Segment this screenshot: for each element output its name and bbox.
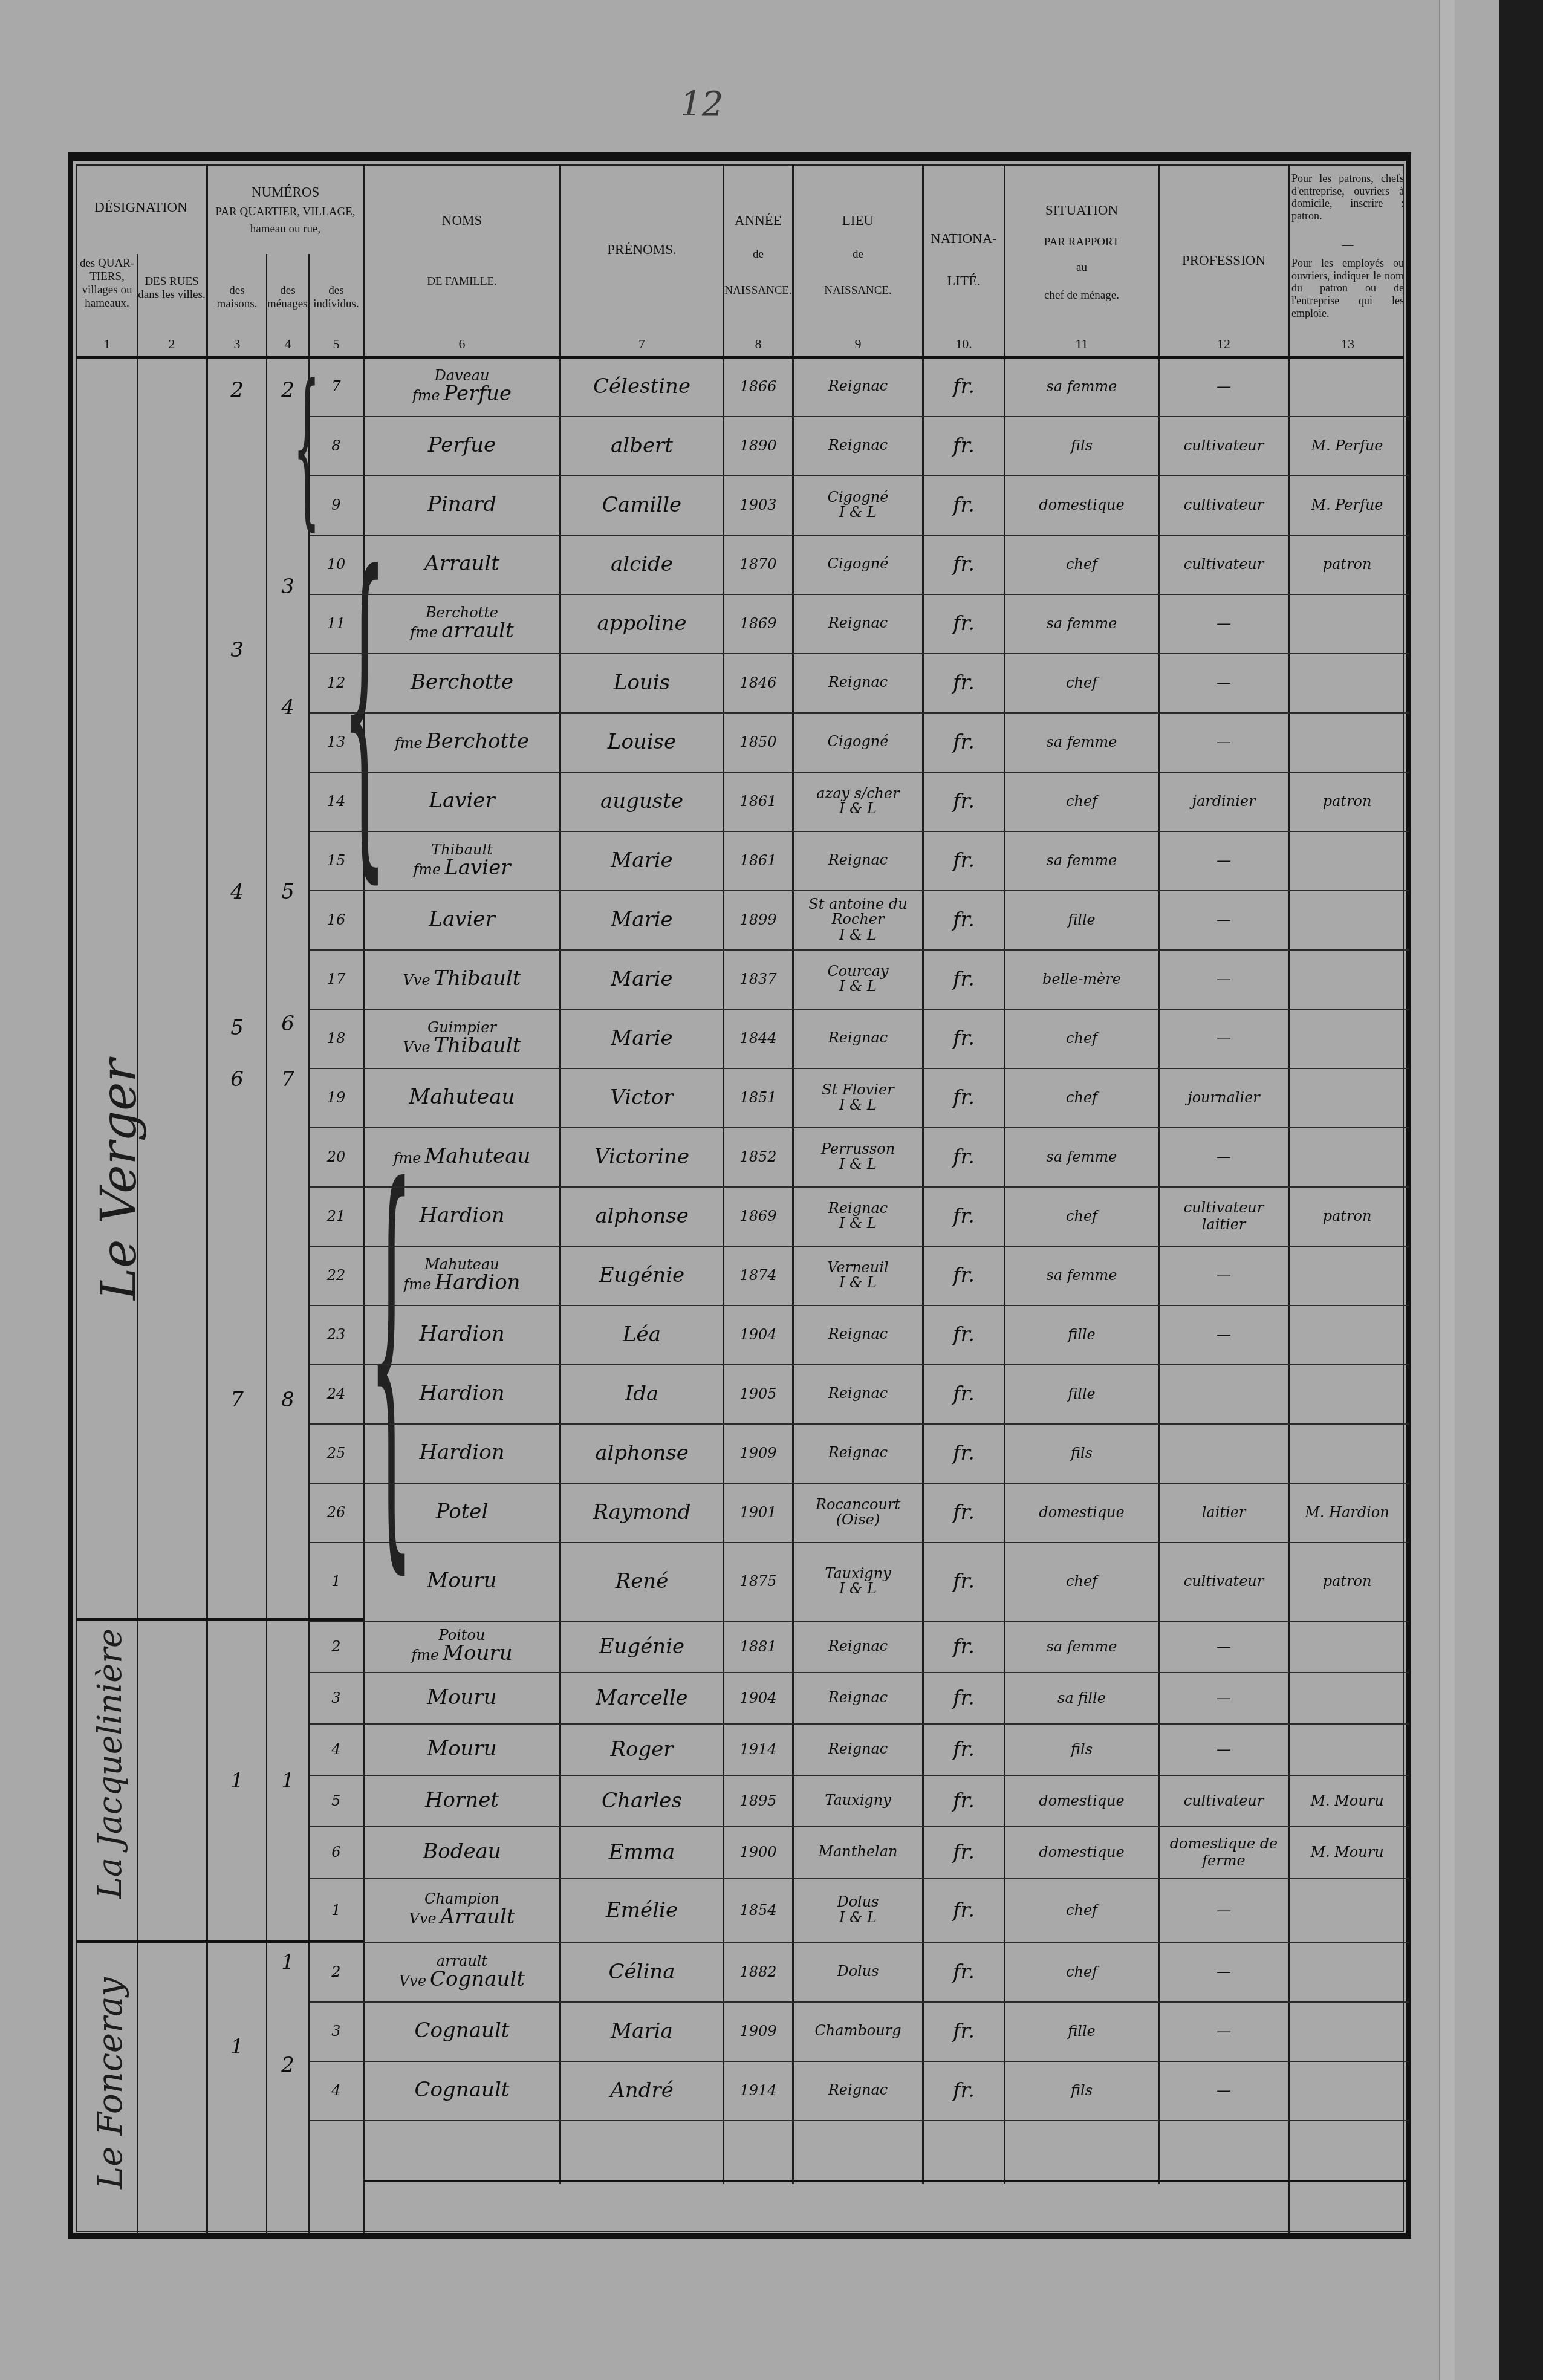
first-name: Camille — [561, 475, 723, 535]
individual-number: 18 — [310, 1009, 363, 1068]
employer — [1290, 1068, 1405, 1127]
birth-place-name: Cigogné — [828, 556, 889, 571]
birth-place: Dolus — [794, 1942, 922, 2001]
family-name: Cognault — [365, 2061, 559, 2120]
surname: Thibault — [434, 1033, 521, 1058]
employer — [1290, 1127, 1405, 1186]
birth-place-department: I & L — [839, 1910, 877, 1925]
household-relation: domestique — [1005, 1826, 1158, 1878]
birth-year: 1904 — [724, 1672, 792, 1723]
surname: Lavier — [444, 856, 510, 880]
col-number-8: 8 — [724, 336, 792, 351]
birth-place: PerrussonI & L — [794, 1127, 922, 1186]
birth-year: 1854 — [724, 1878, 792, 1942]
employer — [1290, 1621, 1405, 1672]
first-name: Eugénie — [561, 1621, 723, 1672]
birth-place-name: Reignac — [828, 2082, 888, 2098]
civil-status-prefix: fme — [410, 624, 438, 641]
nationality: fr. — [924, 1621, 1004, 1672]
surname: Hardion — [419, 1440, 504, 1465]
birth-place-department: I & L — [839, 505, 877, 520]
birth-place-name: Cigogné — [828, 490, 889, 505]
surname: Cognault — [430, 1967, 525, 1991]
first-name: Louis — [561, 653, 723, 712]
profession: — — [1160, 1723, 1288, 1775]
family-name: Perfue — [365, 416, 559, 475]
birth-place: CigognéI & L — [794, 475, 922, 535]
col-number-11: 11 — [1005, 336, 1158, 351]
first-name: Raymond — [561, 1483, 723, 1542]
birth-place: St FlovierI & L — [794, 1068, 922, 1127]
birth-year: 1901 — [724, 1483, 792, 1542]
civil-status-prefix: fme — [411, 1647, 439, 1663]
birth-place: Reignac — [794, 831, 922, 890]
profession: — — [1160, 949, 1288, 1009]
header-situation-au: au — [1005, 261, 1158, 275]
nationality: fr. — [924, 1826, 1004, 1878]
profession: — — [1160, 1127, 1288, 1186]
first-name: Ida — [561, 1364, 723, 1423]
family-name: Mouru — [365, 1542, 559, 1621]
household-number: 5 — [267, 877, 308, 907]
col-number-3: 3 — [208, 336, 266, 351]
family-name: fmeBerchotte — [365, 712, 559, 772]
household-relation: sa femme — [1005, 1246, 1158, 1305]
birth-place-department: I & L — [839, 928, 877, 943]
birth-place: Cigogné — [794, 535, 922, 594]
birth-place: Reignac — [794, 1364, 922, 1423]
employer: M. Perfue — [1290, 416, 1405, 475]
profession: cultivateur laitier — [1160, 1186, 1288, 1246]
birth-year: 1899 — [724, 890, 792, 949]
birth-place-department: I & L — [839, 1275, 877, 1290]
col-rule-3 — [266, 254, 267, 2234]
birth-place-name: Reignac — [828, 675, 888, 690]
individual-number: 12 — [310, 653, 363, 712]
family-name: fmeMahuteau — [365, 1127, 559, 1186]
birth-year: 1844 — [724, 1009, 792, 1068]
employer: M. Perfue — [1290, 475, 1405, 535]
house-number: 4 — [208, 877, 266, 907]
first-name: Charles — [561, 1775, 723, 1826]
header-annee-de: de — [724, 248, 792, 261]
surname: Bodeau — [423, 1839, 501, 1864]
nationality: fr. — [924, 594, 1004, 653]
page-number: 12 — [680, 85, 723, 124]
family-name: Lavier — [365, 772, 559, 831]
surname: Arrault — [440, 1905, 515, 1929]
table-end-rule — [363, 2180, 1409, 2182]
nationality: fr. — [924, 1068, 1004, 1127]
birth-year: 1861 — [724, 831, 792, 890]
individual-number: 19 — [310, 1068, 363, 1127]
birth-place-name: Reignac — [828, 1386, 888, 1401]
employer — [1290, 653, 1405, 712]
surname: Mouru — [427, 1685, 496, 1709]
birth-place-department: I & L — [839, 1216, 877, 1231]
birth-place: St antoine du RocherI & L — [794, 890, 922, 949]
employer — [1290, 890, 1405, 949]
household-relation: domestique — [1005, 475, 1158, 535]
individual-number: 15 — [310, 831, 363, 890]
surname: Hornet — [425, 1788, 499, 1812]
profession: — — [1160, 357, 1288, 416]
nationality: fr. — [924, 2001, 1004, 2061]
individual-number: 26 — [310, 1483, 363, 1542]
birth-year: 1914 — [724, 1723, 792, 1775]
birth-year: 1890 — [724, 416, 792, 475]
surname: Perfue — [428, 433, 496, 457]
civil-status-prefix: fme — [395, 735, 423, 752]
family-name: Hardion — [365, 1305, 559, 1364]
header-numeros: NUMÉROS — [208, 184, 363, 200]
header-situation-sub: PAR RAPPORT — [1005, 236, 1158, 249]
surname: Lavier — [429, 788, 495, 813]
profession: — — [1160, 1878, 1288, 1942]
birth-year: 1882 — [724, 1942, 792, 2001]
first-name: Victor — [561, 1068, 723, 1127]
birth-place-name: Reignac — [828, 1741, 888, 1757]
household-relation: domestique — [1005, 1483, 1158, 1542]
nationality: fr. — [924, 2061, 1004, 2120]
individual-number: 9 — [310, 475, 363, 535]
header-menages: des ménages. — [267, 284, 308, 311]
family-name: Berchottefmearrault — [365, 594, 559, 653]
individual-number: 23 — [310, 1305, 363, 1364]
nationality: fr. — [924, 831, 1004, 890]
birth-year: 1895 — [724, 1775, 792, 1826]
first-name: Emélie — [561, 1878, 723, 1942]
individual-number: 24 — [310, 1364, 363, 1423]
surname: arrault — [441, 619, 513, 643]
first-name: René — [561, 1542, 723, 1621]
profession: — — [1160, 712, 1288, 772]
family-name: DaveaufmePerfue — [365, 357, 559, 416]
nationality: fr. — [924, 1672, 1004, 1723]
surname: Mouru — [427, 1737, 496, 1761]
header-numeros-sub: PAR QUARTIER, VILLAGE, — [208, 206, 363, 219]
employer — [1290, 831, 1405, 890]
birth-place: ReignacI & L — [794, 1186, 922, 1246]
employer — [1290, 1878, 1405, 1942]
household-relation: chef — [1005, 772, 1158, 831]
civil-status-prefix: fme — [413, 861, 441, 878]
individual-number: 4 — [310, 2061, 363, 2120]
surname: Lavier — [429, 907, 495, 931]
surname: Hardion — [419, 1203, 504, 1227]
family-name: Mouru — [365, 1672, 559, 1723]
birth-place: Rocancourt(Oise) — [794, 1483, 922, 1542]
household-relation: domestique — [1005, 1775, 1158, 1826]
household-number: 1 — [267, 1766, 308, 1796]
house-number: 2 — [208, 375, 266, 405]
employer — [1290, 1246, 1405, 1305]
profession — [1160, 1423, 1288, 1483]
individual-number: 1 — [310, 1542, 363, 1621]
family-name: Hornet — [365, 1775, 559, 1826]
header-patron-instructions: Pour les patrons, chefs d'entreprise, ou… — [1291, 172, 1404, 223]
nationality: fr. — [924, 475, 1004, 535]
profession: journalier — [1160, 1068, 1288, 1127]
birth-place-name: Reignac — [828, 438, 888, 453]
family-name: Lavier — [365, 890, 559, 949]
birth-place: Reignac — [794, 2061, 922, 2120]
household-relation: chef — [1005, 1009, 1158, 1068]
profession — [1160, 1364, 1288, 1423]
birth-year: 1837 — [724, 949, 792, 1009]
family-name: Mahuteau — [365, 1068, 559, 1127]
first-name: Léa — [561, 1305, 723, 1364]
header-noms: NOMS — [365, 213, 559, 229]
employer: patron — [1290, 772, 1405, 831]
employer — [1290, 949, 1405, 1009]
house-number: 7 — [208, 1385, 266, 1415]
individual-number: 5 — [310, 1775, 363, 1826]
surname: Pinard — [427, 492, 496, 516]
nationality: fr. — [924, 890, 1004, 949]
profession: laitier — [1160, 1483, 1288, 1542]
household-relation: fille — [1005, 1364, 1158, 1423]
header-situation: SITUATION — [1005, 203, 1158, 218]
birth-place-name: Reignac — [828, 1639, 888, 1654]
household-relation: chef — [1005, 1068, 1158, 1127]
first-name: appoline — [561, 594, 723, 653]
profession: — — [1160, 831, 1288, 890]
header-maisons: des maisons. — [208, 284, 266, 311]
family-name: Hardion — [365, 1423, 559, 1483]
employer — [1290, 1942, 1405, 2001]
household-relation: sa fille — [1005, 1672, 1158, 1723]
header-designation: DÉSIGNATION — [77, 200, 204, 215]
col-number-10: 10. — [924, 336, 1004, 351]
first-name: alcide — [561, 535, 723, 594]
individual-number: 22 — [310, 1246, 363, 1305]
header-prenoms: PRÉNOMS. — [561, 242, 723, 258]
nationality: fr. — [924, 949, 1004, 1009]
birth-place: VerneuilI & L — [794, 1246, 922, 1305]
civil-status-prefix: Vve — [409, 1910, 437, 1927]
header-annee-naissance: NAISSANCE. — [724, 284, 792, 297]
individual-number: 1 — [310, 1878, 363, 1942]
house-number: 3 — [208, 635, 266, 665]
civil-status-prefix: fme — [403, 1276, 431, 1293]
first-name: Célestine — [561, 357, 723, 416]
birth-year: 1909 — [724, 1423, 792, 1483]
birth-place-name: Cigogné — [828, 734, 889, 749]
household-relation: sa femme — [1005, 594, 1158, 653]
birth-place-name: St antoine du Rocher — [794, 897, 922, 927]
header-designation-villages: des QUAR-TIERS, villages ou hameaux. — [77, 257, 137, 310]
household-relation: fille — [1005, 1305, 1158, 1364]
employer: patron — [1290, 535, 1405, 594]
first-name: Marcelle — [561, 1672, 723, 1723]
household-number: 1 — [267, 1947, 308, 1977]
col-number-13: 13 — [1291, 336, 1404, 351]
individual-number: 20 — [310, 1127, 363, 1186]
employer — [1290, 357, 1405, 416]
individual-number: 7 — [310, 357, 363, 416]
employer: M. Mouru — [1290, 1826, 1405, 1878]
birth-place-name: Dolus — [837, 1964, 879, 1979]
house-number: 1 — [208, 2032, 266, 2062]
place-le-fonceray: Le Fonceray — [91, 1977, 130, 2189]
profession: — — [1160, 1672, 1288, 1723]
individual-number: 13 — [310, 712, 363, 772]
header-noms-famille: DE FAMILLE. — [365, 275, 559, 288]
employer — [1290, 1723, 1405, 1775]
household-number: 7 — [267, 1064, 308, 1094]
header-nationalite: NATIONA- — [924, 231, 1004, 247]
place-le-verger: Le Verger — [91, 1059, 147, 1300]
nationality: fr. — [924, 1186, 1004, 1246]
birth-year: 1852 — [724, 1127, 792, 1186]
profession: cultivateur — [1160, 475, 1288, 535]
first-name: Louise — [561, 712, 723, 772]
birth-year: 1870 — [724, 535, 792, 594]
birth-place-name: Reignac — [828, 1201, 888, 1216]
header-designation-streets: DES RUES dans les villes. — [138, 275, 206, 302]
birth-place: Cigogné — [794, 712, 922, 772]
household-number: 8 — [267, 1385, 308, 1415]
civil-status-prefix: fme — [394, 1149, 421, 1166]
individual-number: 2 — [310, 1942, 363, 2001]
employer: patron — [1290, 1186, 1405, 1246]
surname: Hardion — [419, 1381, 504, 1405]
header-profession: PROFESSION — [1160, 253, 1288, 268]
employer — [1290, 2061, 1405, 2120]
birth-place-name: Reignac — [828, 1327, 888, 1342]
birth-place-name: Reignac — [828, 1030, 888, 1045]
birth-place: CourcayI & L — [794, 949, 922, 1009]
profession: — — [1160, 594, 1288, 653]
birth-place-name: Perrusson — [821, 1142, 895, 1157]
birth-year: 1904 — [724, 1305, 792, 1364]
house-number: 6 — [208, 1064, 266, 1094]
profession: — — [1160, 1942, 1288, 2001]
individual-number: 10 — [310, 535, 363, 594]
household-relation: sa femme — [1005, 357, 1158, 416]
birth-place: Reignac — [794, 416, 922, 475]
surname: Hardion — [419, 1322, 504, 1346]
nationality: fr. — [924, 1775, 1004, 1826]
employer — [1290, 1423, 1405, 1483]
birth-place: Reignac — [794, 1305, 922, 1364]
header-patron-dash: — — [1291, 239, 1404, 252]
birth-year: 1869 — [724, 1186, 792, 1246]
birth-year: 1909 — [724, 2001, 792, 2061]
employer: M. Hardion — [1290, 1483, 1405, 1542]
nationality: fr. — [924, 1127, 1004, 1186]
employer — [1290, 594, 1405, 653]
col-number-2: 2 — [138, 336, 206, 351]
header-employee-instructions: Pour les employés ou ouvriers, indiquer … — [1291, 257, 1404, 319]
profession: — — [1160, 653, 1288, 712]
birth-place: Manthelan — [794, 1826, 922, 1878]
birth-year: 1846 — [724, 653, 792, 712]
profession: — — [1160, 1246, 1288, 1305]
employer: M. Mouru — [1290, 1775, 1405, 1826]
individual-number: 2 — [310, 1621, 363, 1672]
household-relation: chef — [1005, 535, 1158, 594]
header-nationalite-2: LITÉ. — [924, 273, 1004, 289]
employer — [1290, 1009, 1405, 1068]
household-number: 3 — [267, 571, 308, 602]
birth-place: azay s/cherI & L — [794, 772, 922, 831]
birth-place: Reignac — [794, 653, 922, 712]
row-rule — [310, 2120, 1409, 2121]
nationality: fr. — [924, 1483, 1004, 1542]
birth-place: Reignac — [794, 594, 922, 653]
nationality: fr. — [924, 1009, 1004, 1068]
header-annee: ANNÉE — [724, 213, 792, 229]
col-rule-2 — [206, 164, 208, 2234]
header-situation-chef: chef de ménage. — [1005, 289, 1158, 302]
birth-place: Tauxigny — [794, 1775, 922, 1826]
household-relation: sa femme — [1005, 831, 1158, 890]
first-name: Célina — [561, 1942, 723, 2001]
family-name: Hardion — [365, 1364, 559, 1423]
profession: cultivateur — [1160, 1542, 1288, 1621]
birth-place: Reignac — [794, 1672, 922, 1723]
surname: Thibault — [434, 966, 521, 990]
birth-year: 1903 — [724, 475, 792, 535]
individual-number: 21 — [310, 1186, 363, 1246]
surname: Hardion — [435, 1270, 520, 1295]
profession: — — [1160, 1305, 1288, 1364]
surname: Mouru — [443, 1641, 512, 1665]
birth-place: TauxignyI & L — [794, 1542, 922, 1621]
nationality: fr. — [924, 1364, 1004, 1423]
individual-number: 4 — [310, 1723, 363, 1775]
birth-place-department: I & L — [839, 1581, 877, 1596]
header-lieu-de: de — [794, 248, 922, 261]
individual-number: 25 — [310, 1423, 363, 1483]
birth-place-name: Rocancourt — [816, 1497, 900, 1512]
place-la-jacqueliniere: La Jacquelinière — [91, 1628, 129, 1899]
nationality: fr. — [924, 1305, 1004, 1364]
nationality: fr. — [924, 535, 1004, 594]
civil-status-prefix: Vve — [399, 1972, 426, 1989]
individual-number: 16 — [310, 890, 363, 949]
profession: cultivateur — [1160, 1775, 1288, 1826]
family-name: arraultVveCognault — [365, 1942, 559, 2001]
surname: Mahuteau — [425, 1144, 531, 1168]
household-relation: fille — [1005, 2001, 1158, 2061]
household-number: 2 — [267, 2050, 308, 2080]
household-relation: fille — [1005, 890, 1158, 949]
header-individus: des individus. — [310, 284, 363, 311]
household-relation: chef — [1005, 1878, 1158, 1942]
individual-number: 6 — [310, 1826, 363, 1878]
employer — [1290, 1364, 1405, 1423]
birth-year: 1861 — [724, 772, 792, 831]
first-name: André — [561, 2061, 723, 2120]
household-relation: fils — [1005, 1723, 1158, 1775]
family-name: ThibaultfmeLavier — [365, 831, 559, 890]
family-name: Hardion — [365, 1186, 559, 1246]
birth-place-name: azay s/cher — [816, 786, 899, 801]
surname: Perfue — [444, 382, 512, 406]
header-lieu-naissance: NAISSANCE. — [794, 284, 922, 297]
birth-place-name: Manthelan — [818, 1844, 897, 1859]
family-name: Potel — [365, 1483, 559, 1542]
family-name: Arrault — [365, 535, 559, 594]
employer: patron — [1290, 1542, 1405, 1621]
nationality: fr. — [924, 1246, 1004, 1305]
profession: domestique de ferme — [1160, 1826, 1288, 1878]
first-name: Roger — [561, 1723, 723, 1775]
individual-number: 3 — [310, 2001, 363, 2061]
